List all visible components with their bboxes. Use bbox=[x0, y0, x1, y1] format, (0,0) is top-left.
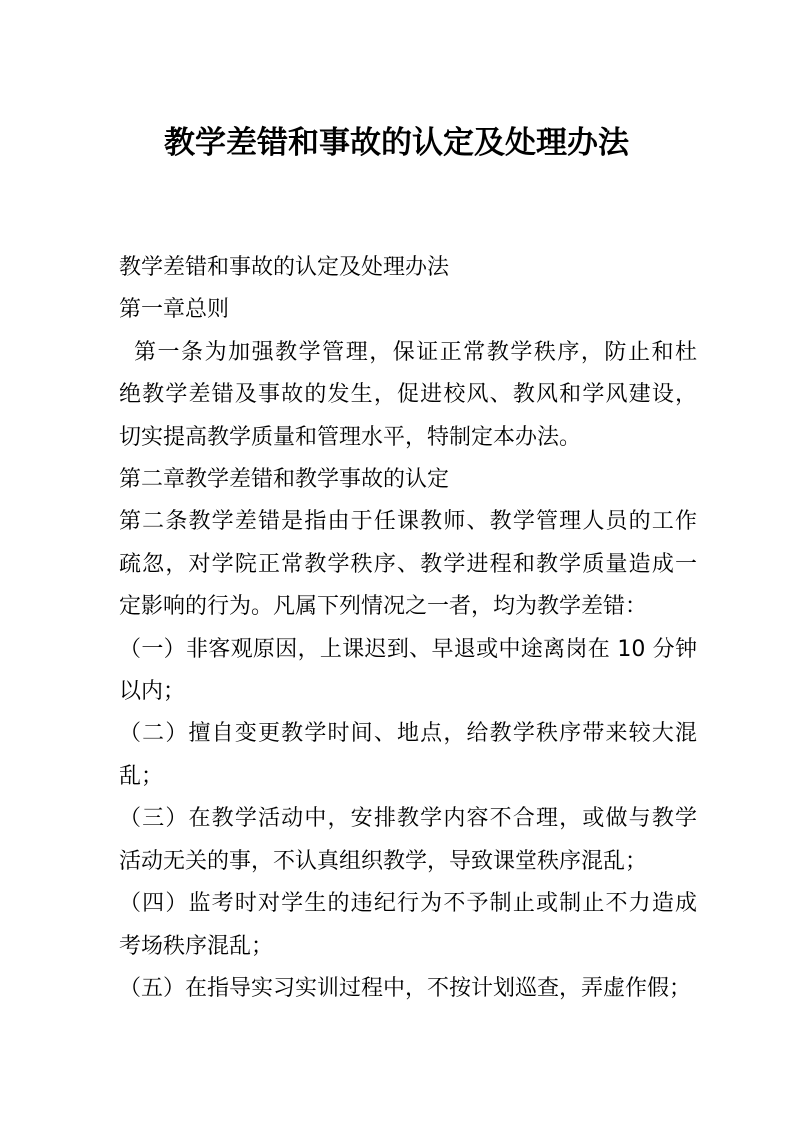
document-line: 活动无关的事，不认真组织教学，导致课堂秩序混乱； bbox=[119, 841, 697, 883]
document-body: 教学差错和事故的认定及处理办法第一章总则第一条为加强教学管理，保证正常教学秩序，… bbox=[119, 247, 697, 1010]
document-line: 第一条为加强教学管理，保证正常教学秩序，防止和杜 bbox=[119, 332, 697, 374]
document-line: 第二条教学差错是指由于任课教师、教学管理人员的工作 bbox=[119, 501, 697, 543]
document-line: 第一章总则 bbox=[119, 289, 697, 331]
document-line: 第二章教学差错和教学事故的认定 bbox=[119, 459, 697, 501]
document-line: 绝教学差错及事故的发生，促进校风、教风和学风建设， bbox=[119, 374, 697, 416]
document-line: 乱； bbox=[119, 756, 697, 798]
document-line: （三）在教学活动中，安排教学内容不合理，或做与教学 bbox=[119, 798, 697, 840]
document-line: （四）监考时对学生的违纪行为不予制止或制止不力造成 bbox=[119, 883, 697, 925]
document-line: 教学差错和事故的认定及处理办法 bbox=[119, 247, 697, 289]
document-title: 教学差错和事故的认定及处理办法 bbox=[0, 121, 793, 165]
document-page: 教学差错和事故的认定及处理办法 教学差错和事故的认定及处理办法第一章总则第一条为… bbox=[0, 0, 793, 1122]
document-line: 疏忽，对学院正常教学秩序、教学进程和教学质量造成一 bbox=[119, 544, 697, 586]
document-line: 切实提高教学质量和管理水平，特制定本办法。 bbox=[119, 417, 697, 459]
document-line: （五）在指导实习实训过程中，不按计划巡查，弄虚作假； bbox=[119, 968, 697, 1010]
document-line: 考场秩序混乱； bbox=[119, 926, 697, 968]
document-line: 以内； bbox=[119, 671, 697, 713]
document-line: （二）擅自变更教学时间、地点，给教学秩序带来较大混 bbox=[119, 713, 697, 755]
document-line: 定影响的行为。凡属下列情况之一者，均为教学差错： bbox=[119, 586, 697, 628]
document-line: （一）非客观原因，上课迟到、早退或中途离岗在 10 分钟 bbox=[119, 629, 697, 671]
